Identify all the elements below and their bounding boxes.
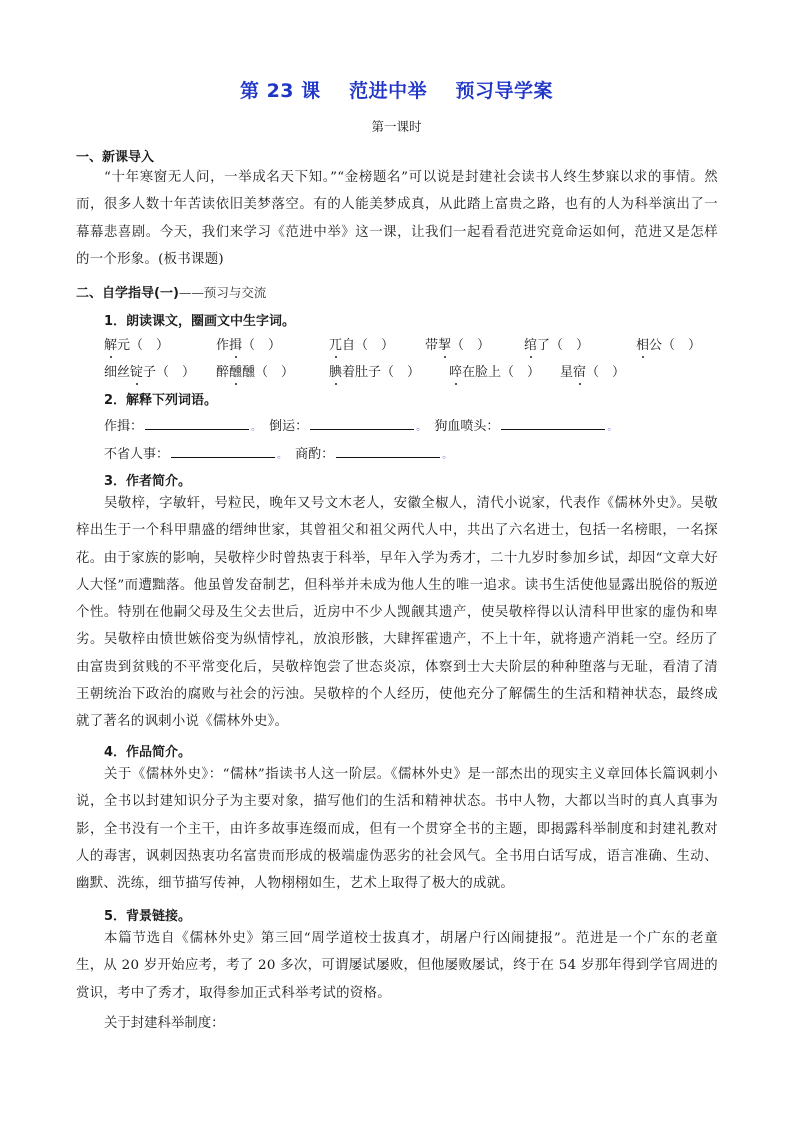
emphasis-dot-char: 挈: [438, 338, 451, 353]
answer-blank[interactable]: [336, 444, 440, 458]
self-study-subtitle: ——预习与交流: [179, 285, 267, 300]
emphasis-dot-char: 兀: [329, 338, 342, 353]
emphasis-dot-char: 宿: [573, 365, 586, 380]
item1-heading: 1．朗读课文，圈画文中生字词。: [104, 310, 295, 329]
section-heading-self-study: 二、自学指导(一)——预习与交流: [76, 282, 266, 301]
vocab-item: 腆着肚子（ ）: [329, 361, 420, 380]
vocab-item: 解元（ ）: [104, 334, 169, 353]
item3-heading: 3．作者简介。: [104, 470, 191, 489]
author-paragraph: 吴敬梓，字敏轩，号粒民，晚年又号文木老人，安徽全椒人，清代小说家，代表作《儒林外…: [76, 490, 718, 736]
page-title: 第 23 课 范进中举 预习导学案: [0, 76, 793, 103]
answer-blank[interactable]: [501, 416, 605, 430]
item5-heading: 5．背景链接。: [104, 905, 191, 924]
emphasis-dot-char: 解: [104, 338, 117, 353]
vocab-item: 绾了（ ）: [524, 334, 589, 353]
lesson-period: 第一课时: [0, 117, 793, 135]
vocab-item: 细丝锭子（ ）: [104, 361, 195, 380]
answer-blank[interactable]: [310, 416, 414, 430]
emphasis-dot-char: 揖: [229, 338, 242, 353]
intro-paragraph: “十年寒窗无人问，一举成名天下知。”“金榜题名”可以说是封建社会读书人终生梦寐以…: [76, 164, 718, 273]
background-paragraph: 本篇节选自《儒林外史》第三回“周学道校士拔真才，胡屠户行凶闹捷报”。范进是一个广…: [76, 925, 718, 1007]
term-label: 倒运：: [269, 419, 308, 434]
vocab-item: 兀自（ ）: [329, 334, 394, 353]
vocab-item: 啐在脸上（ ）: [449, 361, 540, 380]
emphasis-dot-char: 绾: [524, 338, 537, 353]
vocab-item: 相公（ ）: [636, 334, 701, 353]
vocab-item: 带挈（ ）: [425, 334, 490, 353]
term-label: 商酌：: [295, 447, 334, 462]
item4-heading: 4．作品简介。: [104, 741, 191, 760]
term-label: 不省人事：: [104, 447, 169, 462]
work-paragraph: 关于《儒林外史》：“儒林”指读书人这一阶层。《儒林外史》是一部杰出的现实主义章回…: [76, 761, 718, 897]
vocab-item: 醉醺醺（ ）: [216, 361, 294, 380]
answer-blank[interactable]: [171, 444, 275, 458]
emphasis-dot-char: 醺: [229, 365, 242, 380]
item2-heading: 2．解释下列词语。: [104, 389, 217, 408]
definitions-row-2: 不省人事：。 商酌：。: [104, 443, 456, 462]
vocab-item: 作揖（ ）: [216, 334, 281, 353]
emphasis-dot-char: 相: [636, 338, 649, 353]
term-label: 作揖：: [104, 419, 143, 434]
vocab-item: 星宿（ ）: [560, 361, 625, 380]
self-study-title: 二、自学指导(一): [76, 286, 179, 301]
emphasis-dot-char: 锭: [130, 365, 143, 380]
term-label: 狗血喷头：: [434, 419, 499, 434]
emphasis-dot-char: 啐: [449, 365, 462, 380]
section-heading-intro: 一、新课导入: [76, 146, 154, 165]
emphasis-dot-char: 腆: [329, 365, 342, 380]
keju-subheading: 关于封建科举制度：: [104, 1012, 225, 1031]
document-page: 第 23 课 范进中举 预习导学案 第一课时 一、新课导入 “十年寒窗无人问，一…: [0, 0, 793, 1122]
definitions-row-1: 作揖：。 倒运：。 狗血喷头：。: [104, 415, 621, 434]
answer-blank[interactable]: [145, 416, 249, 430]
